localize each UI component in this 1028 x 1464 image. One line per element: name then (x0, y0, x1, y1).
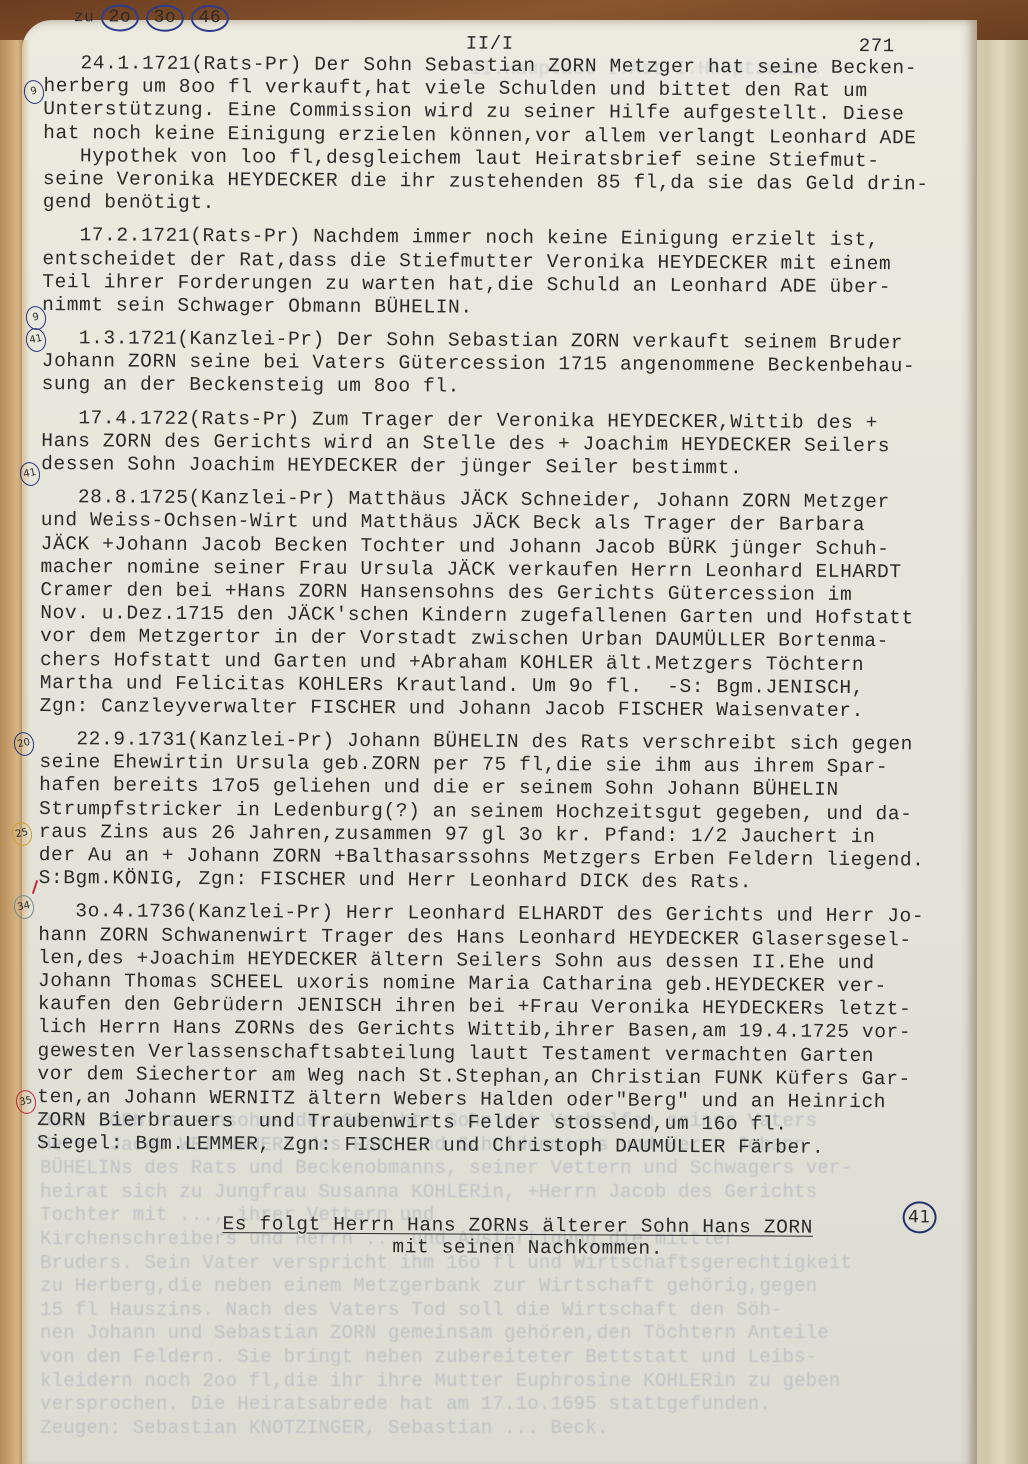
record-entry: 24.1.1721(Rats-Pr) Der Sohn Sebastian ZO… (43, 52, 984, 220)
record-entry: 17.2.1721(Rats-Pr) Nachdem immer noch ke… (42, 224, 983, 322)
record-entry: 22.9.1731(Kanzlei-Pr) Johann BÜHELIN des… (39, 728, 980, 896)
closing-line-1: Es folgt Herrn Hans ZORNs älterer Sohn H… (222, 1213, 813, 1240)
record-entries: 24.1.1721(Rats-Pr) Der Sohn Sebastian ZO… (37, 52, 984, 1161)
reference-ring: 2o (100, 4, 139, 31)
record-entry: 1.3.1721(Kanzlei-Pr) Der Sohn Sebastian … (42, 327, 982, 402)
reference-ring: 3o (145, 5, 184, 32)
record-entry: 3o.4.1736(Kanzlei-Pr) Herr Leonhard ELHA… (37, 900, 979, 1161)
reference-prefix: zu (74, 8, 95, 26)
reference-note: zu 2o 3o 46 (74, 4, 230, 32)
section-heading: II/I (466, 33, 514, 56)
page-number: 271 (859, 35, 895, 58)
closing-line-2: mit seinen Nachkommen. (392, 1236, 663, 1261)
reference-ring: 46 (190, 5, 229, 32)
cross-reference-circle: 41 (902, 1201, 936, 1233)
record-entry: 28.8.1725(Kanzlei-Pr) Matthäus JÄCK Schn… (40, 486, 981, 724)
record-entry: 17.4.1722(Rats-Pr) Zum Trager der Veroni… (41, 407, 981, 482)
